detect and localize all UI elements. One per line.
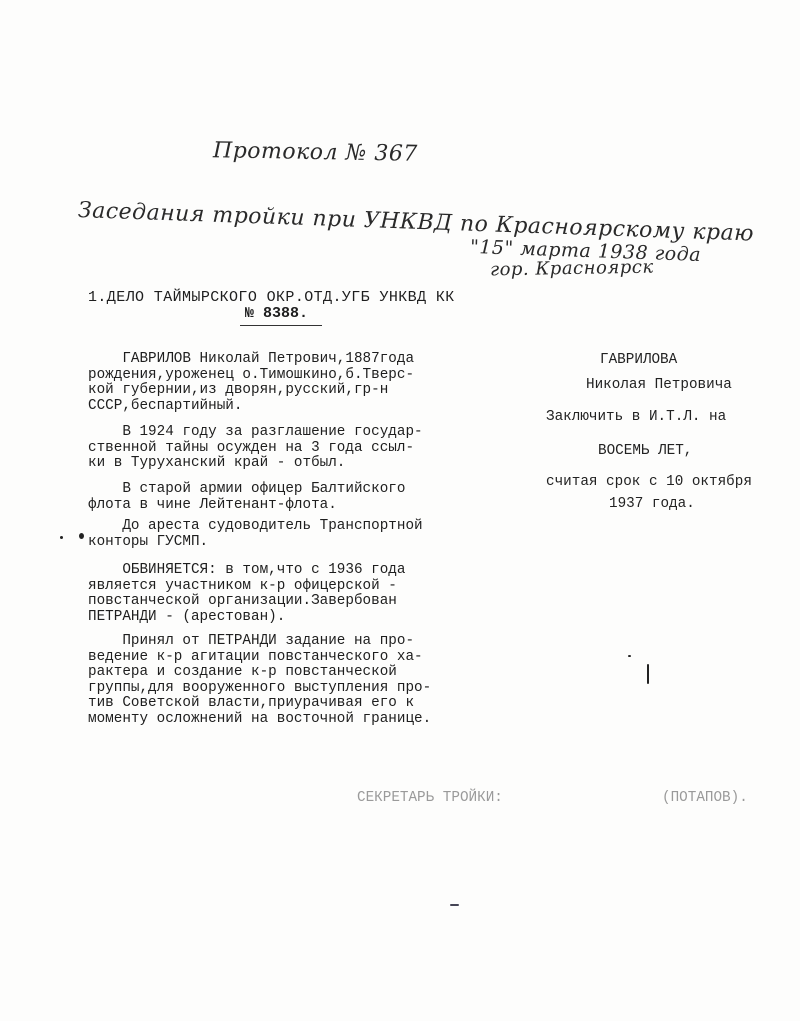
paragraph-line: Принял от ПЕТРАНДИ задание на про- <box>88 634 431 650</box>
paragraph-line: конторы ГУСМП. <box>88 535 423 551</box>
case-paragraph: Принял от ПЕТРАНДИ задание на про-ведени… <box>88 634 431 727</box>
paragraph-line: В 1924 году за разглашение государ- <box>88 425 423 441</box>
paragraph-line: повстанческой организации.Завербован <box>88 594 405 610</box>
case-paragraph: ГАВРИЛОВ Николай Петрович,1887годарожден… <box>88 352 414 414</box>
case-paragraph: В старой армии офицер Балтийскогофлота в… <box>88 482 405 513</box>
case-number-underline <box>240 325 322 326</box>
ink-speck <box>60 536 63 539</box>
case-paragraph: В 1924 году за разглашение государ-ствен… <box>88 425 423 472</box>
paragraph-line: флота в чине Лейтенант-флота. <box>88 498 405 514</box>
verdict-year: 1937 года. <box>609 496 695 512</box>
protocol-city: гор. Красноярск <box>490 257 654 281</box>
verdict-surname: ГАВРИЛОВА <box>600 352 677 368</box>
paragraph-line: ственной тайны осужден на 3 года ссыл- <box>88 441 423 457</box>
case-number: № 8388. <box>245 306 308 322</box>
verdict-term: ВОСЕМЬ ЛЕТ, <box>598 443 692 459</box>
paragraph-line: ОБВИНЯЕТСЯ: в том,что с 1936 года <box>88 563 405 579</box>
paragraph-line: моменту осложнений на восточной границе. <box>88 712 431 728</box>
secretary-name: (ПОТАПОВ). <box>662 790 748 806</box>
protocol-title: Протокол № 367 <box>213 138 418 167</box>
paragraph-line: является участником к-р офицерской - <box>88 579 405 595</box>
paragraph-line: тив Советской власти,приурачивая его к <box>88 696 431 712</box>
ink-speck <box>79 533 84 539</box>
paragraph-line: рождения,уроженец о.Тимошкино,б.Тверс- <box>88 368 414 384</box>
paragraph-line: ПЕТРАНДИ - (арестован). <box>88 610 405 626</box>
paragraph-line: СССР,беспартийный. <box>88 399 414 415</box>
document-page: Протокол № 367 Заседания тройки при УНКВ… <box>0 0 800 1021</box>
paragraph-line: ведение к-р агитации повстанческого ха- <box>88 650 431 666</box>
ink-speck <box>628 655 631 657</box>
verdict-name: Николая Петровича <box>586 377 732 393</box>
case-title: 1.ДЕЛО ТАЙМЫРСКОГО ОКР.ОТД.УГБ УНКВД КК <box>88 290 455 306</box>
session-heading: Заседания тройки при УНКВД по Красноярск… <box>78 198 755 247</box>
secretary-label: СЕКРЕТАРЬ ТРОЙКИ: <box>357 790 503 806</box>
paragraph-line: ки в Туруханский край - отбыл. <box>88 456 423 472</box>
paragraph-line: В старой армии офицер Балтийского <box>88 482 405 498</box>
verdict-from: считая срок с 10 октября <box>546 474 752 490</box>
verdict-decision: Заключить в И.Т.Л. на <box>546 409 726 425</box>
paragraph-line: ГАВРИЛОВ Николай Петрович,1887года <box>88 352 414 368</box>
case-paragraph: ОБВИНЯЕТСЯ: в том,что с 1936 годаявляетс… <box>88 563 405 625</box>
ink-mark <box>647 664 649 684</box>
case-paragraph: До ареста судоводитель Транспортнойконто… <box>88 519 423 550</box>
ink-mark <box>450 904 459 906</box>
paragraph-line: группы,для вооруженного выступления про- <box>88 681 431 697</box>
paragraph-line: рактера и создание к-р повстанческой <box>88 665 431 681</box>
paragraph-line: кой губернии,из дворян,русский,гр-н <box>88 383 414 399</box>
paragraph-line: До ареста судоводитель Транспортной <box>88 519 423 535</box>
